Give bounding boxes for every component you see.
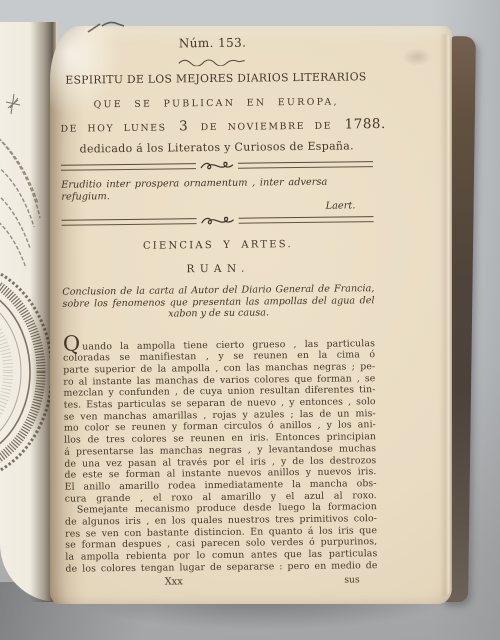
printed-text-column: Núm. 153. ESPIRITU DE LOS MEJORES DIARIO…	[47, 24, 378, 606]
header-rule	[61, 160, 373, 172]
epigraph-text: Eruditio inter prospera ornamentum , int…	[61, 176, 373, 204]
catchword: sus	[290, 574, 378, 587]
dateline-year: 1788.	[345, 116, 386, 132]
journal-dateline: DE HOY LUNES 3 DE NOVIEMBRE DE 1788.	[60, 116, 372, 138]
section-heading: CIENCIAS Y ARTES.	[62, 238, 374, 254]
page-footer: Xxx sus	[66, 574, 378, 590]
dedication-line: dedicado á los Literatos y Curiosos de E…	[61, 139, 373, 156]
dateline-infix: DE NOVIEMBRE DE	[201, 121, 332, 133]
dateline-day: 3	[179, 118, 188, 134]
body-line: de los colores tengan lugar de separarse…	[65, 560, 377, 575]
scroll-ornament-icon	[201, 215, 235, 227]
book-page: Núm. 153. ESPIRITU DE LOS MEJORES DIARIO…	[50, 26, 452, 604]
header-rule	[62, 215, 374, 227]
rule-line	[61, 163, 196, 171]
article-subtitle: Conclusion de la carta al Autor del Diar…	[62, 283, 374, 321]
drop-cap: Q	[63, 331, 80, 355]
rule-line	[238, 161, 373, 169]
scroll-ornament-icon	[200, 160, 234, 172]
photo-backdrop: Núm. 153. ESPIRITU DE LOS MEJORES DIARIO…	[0, 0, 500, 640]
rule-line	[62, 218, 197, 226]
journal-title: ESPIRITU DE LOS MEJORES DIARIOS LITERARI…	[60, 70, 372, 87]
article-body: Quando la ampolla tiene cierto grueso , …	[63, 338, 378, 576]
signature-mark: Xxx	[62, 575, 286, 590]
paper-smudge	[402, 48, 432, 66]
article-heading: RUAN.	[62, 261, 374, 277]
dateline-prefix: DE HOY LUNES	[60, 123, 166, 135]
journal-subtitle: QUE SE PUBLICAN EN EUROPA,	[60, 96, 372, 112]
rule-line	[239, 216, 374, 224]
